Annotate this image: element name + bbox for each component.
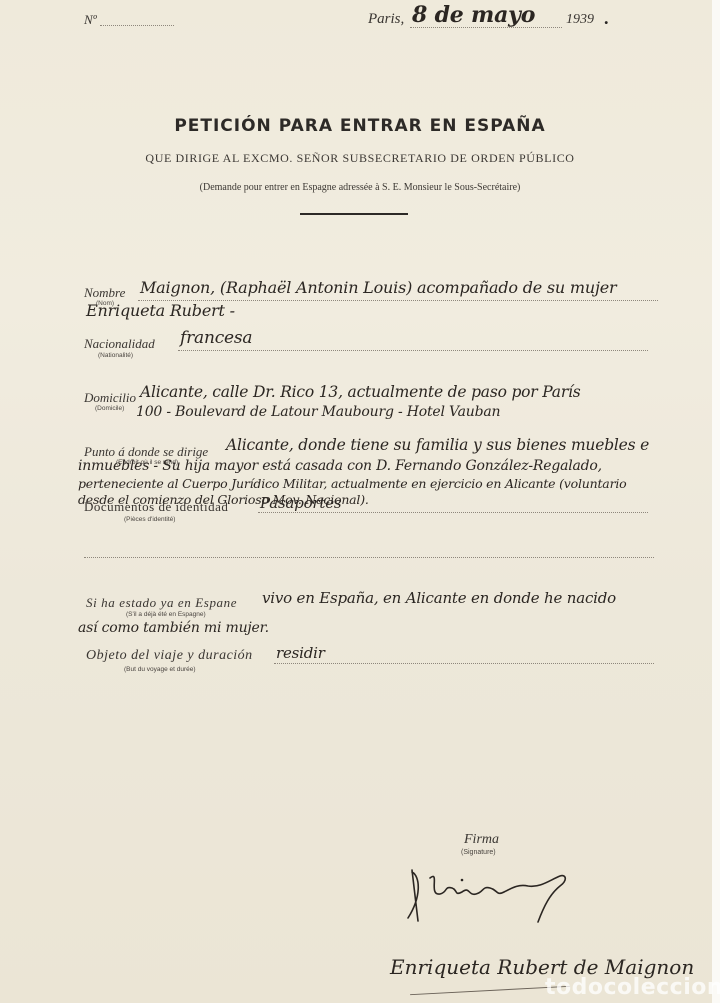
punto-value-line3[interactable]: perteneciente al Cuerpo Jurídico Militar… bbox=[78, 476, 626, 491]
nombre-value-line1[interactable]: Maignon, (Raphaël Antonin Louis) acompañ… bbox=[140, 278, 616, 297]
watermark-text: todocoleccion bbox=[545, 975, 720, 1000]
objeto-field-line bbox=[274, 663, 654, 664]
estado-value-line2[interactable]: así como también mi mujer. bbox=[78, 620, 269, 636]
firma-label-fr: (Signature) bbox=[461, 849, 496, 856]
domicilio-value-line2[interactable]: 100 - Boulevard de Latour Maubourg - Hot… bbox=[136, 404, 500, 420]
title-divider bbox=[300, 213, 408, 215]
objeto-value[interactable]: residir bbox=[276, 644, 325, 662]
nacionalidad-label-fr: (Nationalité) bbox=[98, 352, 133, 359]
firma-label: Firma bbox=[464, 832, 499, 848]
year-suffix: . bbox=[604, 8, 609, 29]
nombre-value-line2[interactable]: Enriqueta Rubert - bbox=[86, 301, 235, 320]
nacionalidad-value[interactable]: francesa bbox=[180, 328, 252, 348]
date-field-line bbox=[410, 27, 562, 28]
signature-1: R. Maignon bbox=[400, 866, 600, 926]
nombre-label: Nombre bbox=[84, 285, 125, 301]
documentos-field-line bbox=[258, 512, 648, 513]
domicilio-value-line1[interactable]: Alicante, calle Dr. Rico 13, actualmente… bbox=[140, 383, 581, 401]
blank-field-line bbox=[84, 557, 654, 558]
documentos-value[interactable]: Pasaportes bbox=[260, 494, 341, 512]
documentos-label-fr: (Pièces d'identité) bbox=[124, 516, 175, 523]
punto-value-line2[interactable]: inmuebles - Su hija mayor está casada co… bbox=[78, 458, 602, 474]
punto-value-line1[interactable]: Alicante, donde tiene su familia y sus b… bbox=[226, 436, 649, 454]
domicilio-label: Domicilio bbox=[84, 390, 136, 406]
date-handwritten: 8 de mayo bbox=[412, 2, 535, 28]
estado-label-fr: (S'il a déjà été en Espagne) bbox=[126, 611, 206, 618]
number-label: Nº bbox=[84, 12, 97, 28]
objeto-label-fr: (But du voyage et durée) bbox=[124, 666, 196, 673]
nacionalidad-label: Nacionalidad bbox=[84, 336, 155, 352]
page-subtitle-french: (Demande pour entrer en Espagne adressée… bbox=[0, 182, 720, 193]
signature-1-stroke-icon bbox=[400, 866, 600, 926]
page-subtitle: QUE DIRIGE AL EXCMO. SEÑOR SUBSECRETARIO… bbox=[0, 151, 720, 166]
number-field-line bbox=[100, 25, 174, 26]
year: 1939 bbox=[566, 12, 594, 28]
domicilio-label-fr: (Domicile) bbox=[95, 405, 124, 412]
nacionalidad-field-line bbox=[178, 350, 648, 351]
objeto-label: Objeto del viaje y duración bbox=[86, 648, 253, 664]
page-title: PETICIÓN PARA ENTRAR EN ESPAÑA bbox=[0, 116, 720, 136]
estado-value-line1[interactable]: vivo en España, en Alicante en donde he … bbox=[262, 589, 616, 607]
documentos-label: Documentos de identidad bbox=[84, 499, 228, 515]
place-label: Paris, bbox=[368, 11, 404, 28]
estado-label: Si ha estado ya en Espane bbox=[86, 595, 237, 611]
